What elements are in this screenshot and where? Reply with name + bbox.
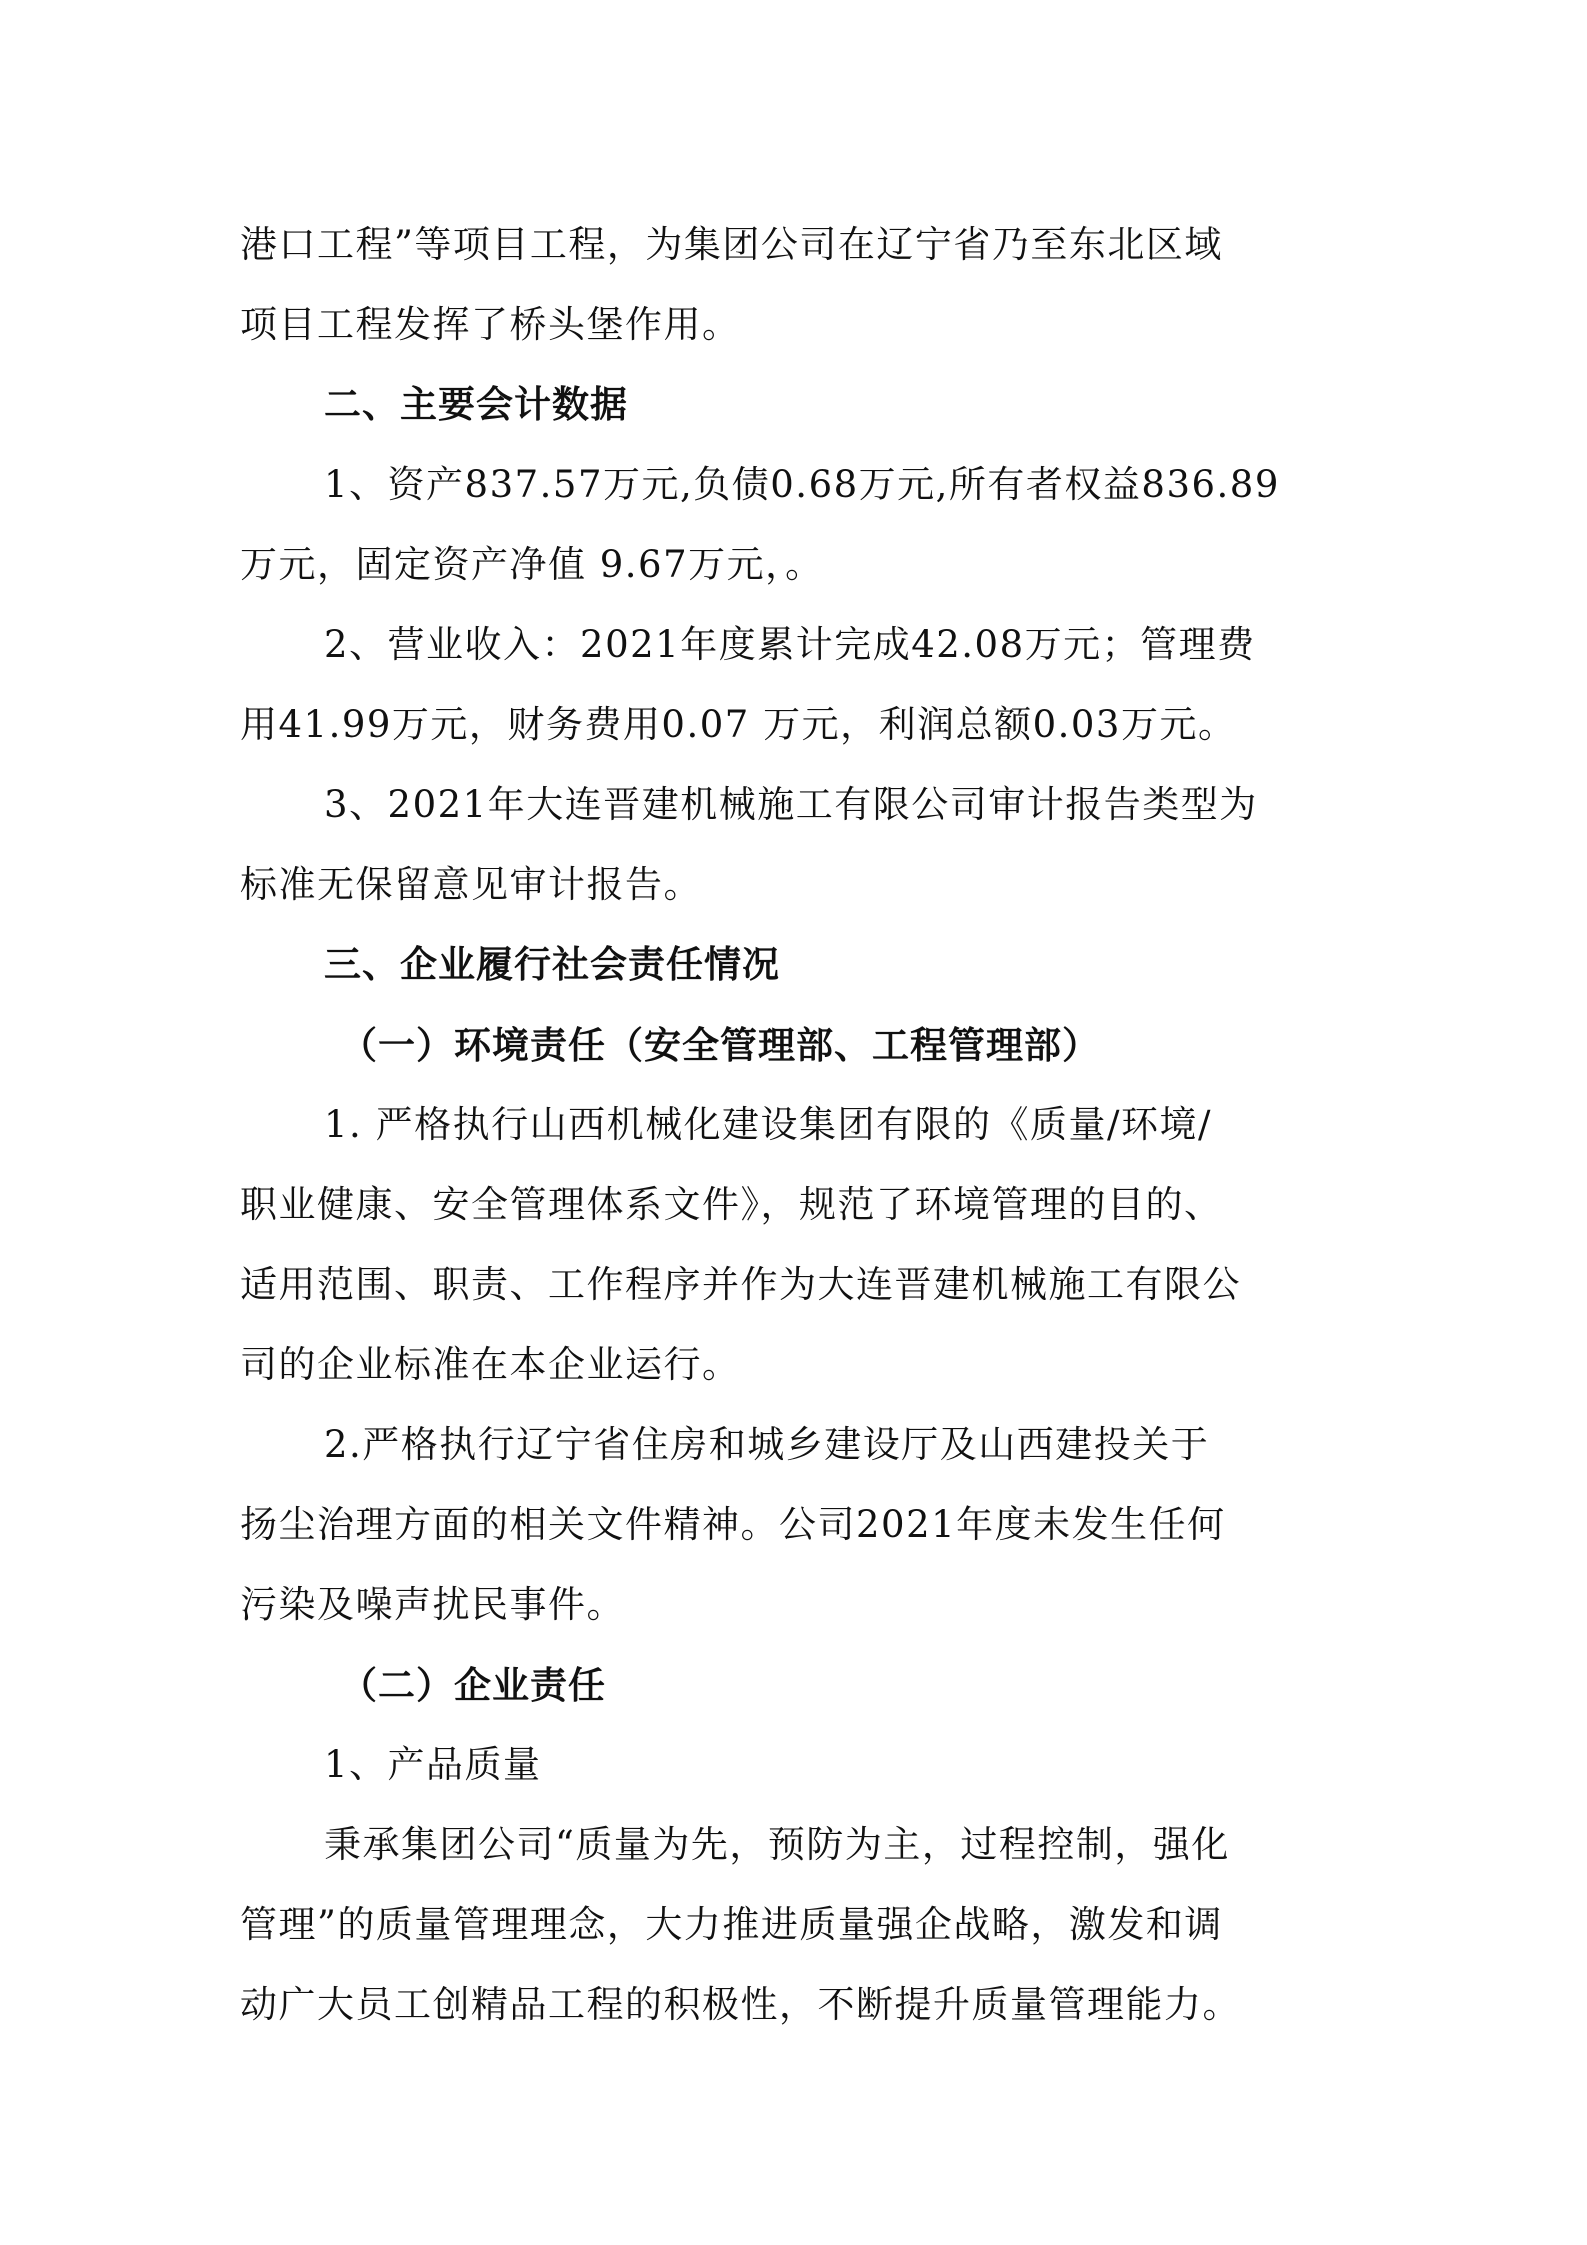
body-line: 司的企业标准在本企业运行。 [240,1325,1360,1405]
section-heading-accounting-data: 二、主要会计数据 [240,365,1360,445]
body-line: 1. 严格执行山西机械化建设集团有限的《质量/环境/ [240,1085,1360,1165]
body-line: 万元，固定资产净值 9.67万元，。 [240,525,1360,605]
body-line: 1、资产837.57万元,负债0.68万元,所有者权益836.89 [240,445,1360,525]
body-line: 污染及噪声扰民事件。 [240,1565,1360,1645]
subsection-heading-enterprise: （二）企业责任 [240,1645,1360,1725]
body-line: 用41.99万元，财务费用0.07 万元，利润总额0.03万元。 [240,685,1360,765]
body-line: 适用范围、职责、工作程序并作为大连晋建机械施工有限公 [240,1245,1360,1325]
body-line: 标准无保留意见审计报告。 [240,845,1360,925]
body-line: 管理”的质量管理理念，大力推进质量强企战略，激发和调 [240,1885,1360,1965]
body-line: 港口工程”等项目工程，为集团公司在辽宁省乃至东北区域 [240,205,1360,285]
body-line: 动广大员工创精品工程的积极性，不断提升质量管理能力。 [240,1965,1360,2045]
subsection-heading-environment: （一）环境责任（安全管理部、工程管理部） [240,1005,1360,1085]
document-page: 港口工程”等项目工程，为集团公司在辽宁省乃至东北区域 项目工程发挥了桥头堡作用。… [240,205,1360,2045]
body-line: 2.严格执行辽宁省住房和城乡建设厅及山西建投关于 [240,1405,1360,1485]
body-line: 1、产品质量 [240,1725,1360,1805]
section-heading-social-responsibility: 三、企业履行社会责任情况 [240,925,1360,1005]
body-line: 2、营业收入：2021年度累计完成42.08万元；管理费 [240,605,1360,685]
body-line: 职业健康、安全管理体系文件》，规范了环境管理的目的、 [240,1165,1360,1245]
body-line: 项目工程发挥了桥头堡作用。 [240,285,1360,365]
body-line: 扬尘治理方面的相关文件精神。公司2021年度未发生任何 [240,1485,1360,1565]
body-line: 3、2021年大连晋建机械施工有限公司审计报告类型为 [240,765,1360,845]
body-line: 秉承集团公司“质量为先，预防为主，过程控制，强化 [240,1805,1360,1885]
